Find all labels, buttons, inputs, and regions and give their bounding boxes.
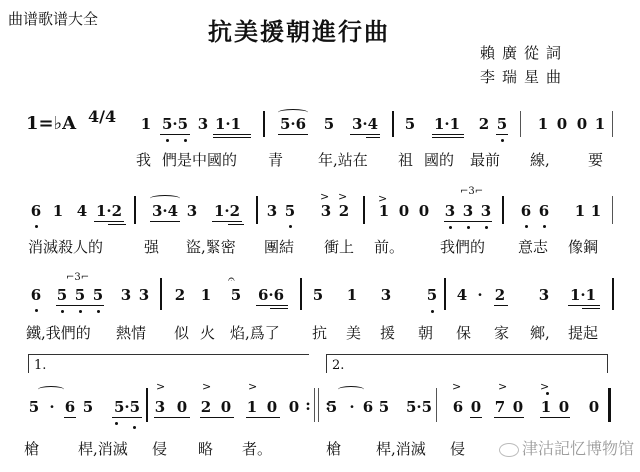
note: 3	[138, 286, 150, 304]
lyric: 像鋼	[568, 236, 598, 257]
note: 3	[154, 398, 166, 416]
lyric: 援	[380, 322, 395, 343]
beam	[212, 221, 242, 222]
note: 5	[378, 398, 390, 416]
dashed-barline	[612, 111, 613, 137]
low-dot	[97, 310, 100, 313]
beam	[150, 221, 180, 222]
barline	[146, 388, 148, 422]
low-dot	[35, 309, 38, 312]
lyric: 桿,消滅	[78, 438, 128, 459]
lyric: 槍	[24, 438, 39, 459]
composer-credit: 李瑞星曲	[480, 66, 568, 87]
lyric: 祖	[398, 149, 413, 170]
note: 5	[82, 398, 94, 416]
beam	[154, 417, 190, 418]
key-signature: 1=♭A	[26, 113, 76, 134]
note: 0	[558, 398, 570, 416]
slur	[150, 195, 180, 202]
low-dot	[115, 422, 118, 425]
second-ending-label: 2.	[332, 358, 344, 373]
note: 0	[512, 398, 524, 416]
lyric: 鐵,我們的	[26, 322, 91, 343]
low-dot	[485, 226, 488, 229]
low-dot	[35, 225, 38, 228]
note: 7	[494, 398, 506, 416]
note: 5·5	[112, 398, 142, 416]
note: 1·2	[212, 202, 242, 220]
note: 6·6	[256, 286, 286, 304]
beam	[350, 134, 380, 135]
beam	[64, 417, 76, 418]
beam	[246, 417, 280, 418]
triplet-mark: ⌐3⌐	[66, 272, 89, 283]
dashed-barline	[520, 111, 521, 137]
beam	[582, 308, 600, 309]
beam	[444, 221, 492, 222]
note: 1·1	[432, 115, 462, 133]
lyric: 我	[136, 149, 151, 170]
barline	[502, 196, 504, 224]
note: 1	[594, 115, 606, 133]
lyric: 槍	[326, 438, 341, 459]
note: 5	[426, 286, 438, 304]
note: 5	[404, 115, 416, 133]
barline	[444, 278, 446, 310]
note: 0	[556, 115, 568, 133]
note: 2	[478, 115, 490, 133]
note: 4	[456, 286, 468, 304]
second-ending-bracket	[326, 354, 608, 373]
note: 3·4	[350, 115, 380, 133]
first-ending-label: 1.	[34, 358, 46, 373]
slur	[38, 386, 64, 393]
note: 0	[588, 398, 600, 416]
beam	[278, 134, 308, 135]
beam	[496, 134, 508, 135]
note: 5·5	[160, 115, 190, 133]
lyricist-credit: 賴廣從詞	[480, 42, 568, 63]
note: 2	[338, 202, 350, 220]
score-line-2: 6 1 4 1·2 3·4 3 1·2 3 5 > > 3 2 > 1 0 0 …	[0, 190, 640, 270]
note: 5	[496, 115, 508, 133]
repeat-barline	[318, 388, 319, 422]
note: 3	[120, 286, 132, 304]
note: 3	[462, 202, 474, 220]
note: 0	[418, 202, 430, 220]
lyric: 美	[346, 322, 361, 343]
note: 1	[537, 115, 549, 133]
note: 6	[520, 202, 532, 220]
note: 4	[76, 202, 88, 220]
note: 6	[64, 398, 76, 416]
lyric: 抗	[312, 322, 327, 343]
lyric: 熱情	[116, 322, 146, 343]
note: 2	[200, 398, 212, 416]
lyric: 桿,消滅	[376, 438, 426, 459]
low-dot	[543, 225, 546, 228]
note: 1	[574, 202, 586, 220]
barline	[263, 111, 265, 137]
note: 3	[266, 202, 278, 220]
beam	[256, 305, 288, 306]
note: 5	[284, 202, 296, 220]
beam	[540, 417, 570, 418]
lyric: 家	[494, 322, 509, 343]
low-dot	[449, 226, 452, 229]
note: 3	[444, 202, 456, 220]
lyric: 們是中國的	[162, 149, 237, 170]
note: 5	[326, 398, 338, 416]
beam	[494, 305, 508, 306]
triplet-mark: ⌐3⌐	[460, 186, 483, 197]
lyric: 團結	[264, 236, 294, 257]
lyric: 保	[456, 322, 471, 343]
note: 5	[74, 286, 86, 304]
note: 0	[176, 398, 188, 416]
note: 5	[323, 115, 335, 133]
lyric: 略	[198, 438, 213, 459]
beam	[228, 224, 244, 225]
low-dot	[431, 310, 434, 313]
note: 1	[590, 202, 602, 220]
accent-mark: >	[452, 380, 461, 393]
score-line-3: 6 ⌐3⌐ 5 5 5 3 3 2 1 𝄐 5 6·6 5 1 3 5 4 · …	[0, 272, 640, 352]
beam	[432, 134, 464, 135]
note: 5·5	[404, 398, 434, 416]
note: 0	[266, 398, 278, 416]
barline	[436, 388, 437, 422]
beam	[200, 417, 234, 418]
wechat-icon	[499, 443, 519, 457]
lyric: 消滅殺人的	[28, 236, 103, 257]
note: 0	[288, 398, 300, 416]
beam	[112, 417, 142, 418]
note: 1	[52, 202, 64, 220]
low-dot	[61, 310, 64, 313]
lyric: 要	[588, 149, 603, 170]
note: 5	[230, 286, 242, 304]
barline	[612, 278, 614, 310]
low-dot	[166, 139, 169, 142]
beam	[213, 137, 251, 138]
low-dot	[184, 139, 187, 142]
note: 6	[30, 202, 42, 220]
lyric: 朝	[418, 322, 433, 343]
lyric: 提起	[568, 322, 598, 343]
note: 6	[30, 286, 42, 304]
lyric: 火	[200, 322, 215, 343]
note: 0	[576, 115, 588, 133]
accent-mark: >	[498, 380, 507, 393]
barline	[300, 278, 302, 310]
note: ·	[46, 398, 58, 416]
final-barline	[608, 388, 611, 422]
lyric: 我們的	[440, 236, 485, 257]
repeat-sign: :	[302, 396, 314, 414]
beam	[366, 137, 380, 138]
lyric: 年,站在	[318, 149, 368, 170]
beam	[94, 221, 124, 222]
low-dot	[501, 139, 504, 142]
source-label: 曲谱歌谱大全	[8, 8, 98, 29]
lyric: 線,	[530, 149, 550, 170]
lyric: 國的	[424, 149, 454, 170]
note: 6	[362, 398, 374, 416]
note: 5·6	[278, 115, 308, 133]
lyric: 似	[174, 322, 189, 343]
beam	[568, 305, 600, 306]
beam	[494, 417, 524, 418]
note: 1·1	[213, 115, 243, 133]
watermark: 津沽記忆博物馆	[499, 436, 634, 459]
beam	[160, 134, 190, 135]
note: 1·2	[94, 202, 124, 220]
note: 3	[320, 202, 332, 220]
note: 2	[174, 286, 186, 304]
note: 5	[312, 286, 324, 304]
low-dot	[289, 225, 292, 228]
score-line-1: 1=♭A 4/4 1 5·5 3 1·1 5·6 5 3·4 5 1·1 2 5…	[0, 105, 640, 185]
repeat-barline	[314, 388, 315, 422]
note: 1	[540, 398, 552, 416]
note: 6	[452, 398, 464, 416]
note: 5	[56, 286, 68, 304]
barline	[134, 196, 136, 224]
beam	[56, 305, 104, 306]
barline	[363, 196, 365, 224]
lyric: 侵	[152, 438, 167, 459]
slur	[338, 386, 364, 393]
beam	[213, 134, 251, 135]
note: 1	[140, 115, 152, 133]
lyric: 青	[268, 149, 283, 170]
note: 1·1	[568, 286, 598, 304]
lyric: 意志	[518, 236, 548, 257]
lyric: 鄉,	[530, 322, 550, 343]
barline	[256, 196, 258, 224]
note: ·	[346, 398, 358, 416]
lyric: 盜,緊密	[186, 236, 236, 257]
song-title: 抗美援朝進行曲	[208, 12, 390, 47]
beam	[470, 417, 482, 418]
first-ending-bracket	[28, 354, 309, 373]
low-dot	[467, 226, 470, 229]
note: ·	[474, 286, 486, 304]
note: 5	[92, 286, 104, 304]
accent-mark: >	[156, 380, 165, 393]
watermark-text: 津沽記忆博物馆	[522, 439, 634, 458]
note: 3	[538, 286, 550, 304]
low-dot	[525, 225, 528, 228]
barline	[160, 278, 162, 310]
high-dot	[546, 392, 549, 395]
lyric: 衝上	[324, 236, 354, 257]
note: 0	[470, 398, 482, 416]
beam	[270, 308, 288, 309]
lyric: 最前	[470, 149, 500, 170]
dashed-barline	[612, 196, 613, 224]
note: 3	[197, 115, 209, 133]
low-dot	[79, 310, 82, 313]
lyric: 前。	[374, 236, 404, 257]
lyric: 者。	[242, 438, 272, 459]
lyric: 侵	[450, 438, 465, 459]
beam	[108, 224, 126, 225]
lyric: 强	[144, 236, 159, 257]
note: 2	[494, 286, 506, 304]
note: 3	[480, 202, 492, 220]
note: 0	[398, 202, 410, 220]
note: 1	[346, 286, 358, 304]
note: 0	[220, 398, 232, 416]
lyric: 焰,爲了	[230, 322, 280, 343]
note: 3	[186, 202, 198, 220]
fermata-icon: 𝄐	[228, 272, 235, 287]
accent-mark: >	[202, 380, 211, 393]
low-dot	[133, 426, 136, 429]
note: 1	[378, 202, 390, 220]
note: 1	[246, 398, 258, 416]
note: 3·4	[150, 202, 180, 220]
accent-mark: >	[248, 380, 257, 393]
note: 1	[200, 286, 212, 304]
note: 5	[28, 398, 40, 416]
beam	[432, 137, 464, 138]
note: 6	[538, 202, 550, 220]
note: 3	[380, 286, 392, 304]
barline	[392, 111, 394, 137]
time-signature: 4/4	[88, 107, 116, 126]
